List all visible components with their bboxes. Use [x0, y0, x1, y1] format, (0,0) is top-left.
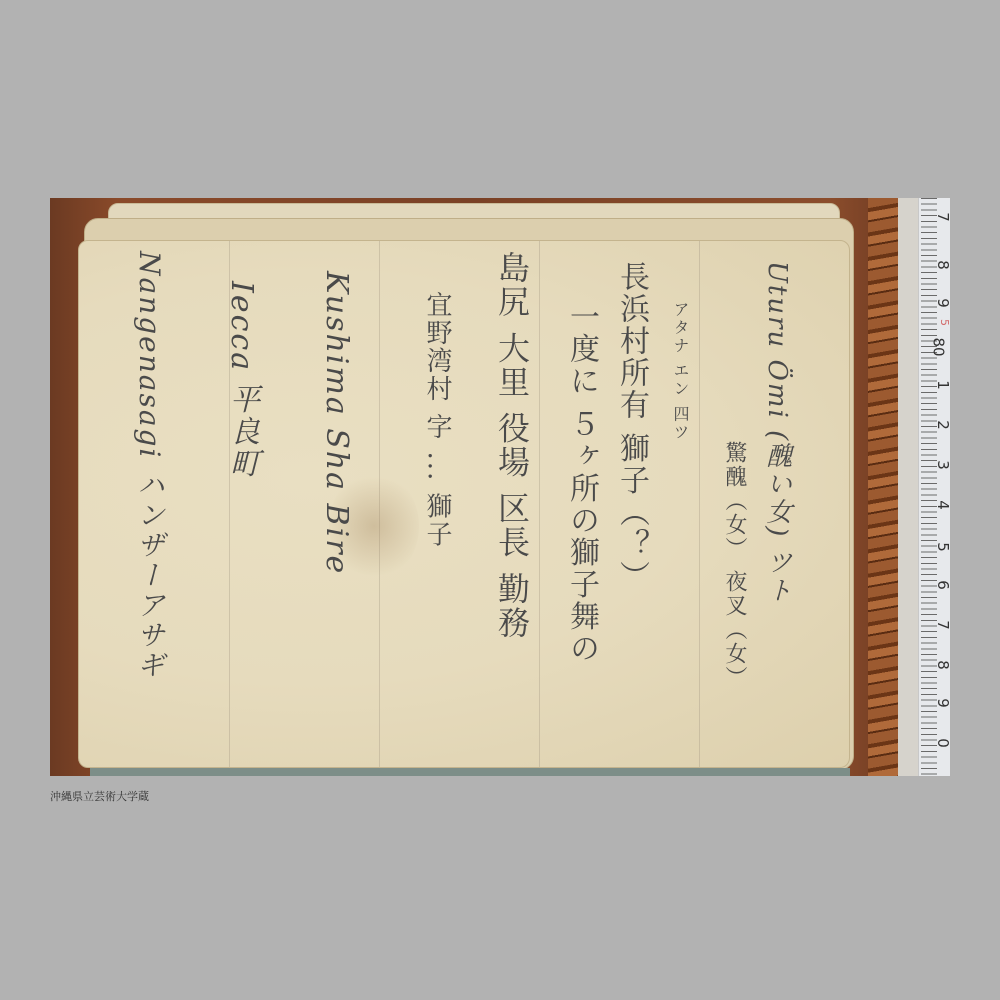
handwriting-kushima: Kushima Sha Bire [319, 271, 354, 575]
handwriting-col4: 一度に ５ヶ所の獅子舞の [559, 301, 603, 665]
ruler-number: 5 [934, 542, 950, 552]
handwriting-col6: 宜野湾村 字 ... 獅子 [419, 291, 456, 549]
ruler-number: 9 [934, 698, 950, 708]
measuring-ruler: 7 8 9 5 80 1 2 3 4 5 6 7 8 9 0 [918, 198, 950, 776]
ruler-number: 8 [934, 260, 950, 270]
leather-lacing [868, 198, 898, 776]
ruler-red-mark: 5 [938, 319, 950, 326]
ruler-number: 9 [934, 298, 950, 308]
handwriting-atana: アタナ エン 四ツ [669, 301, 692, 441]
handwriting-nangenasagi: Nangenasagi ハンザーアサギ [129, 251, 169, 680]
collection-credit-caption: 沖縄県立芸術大学蔵 [50, 788, 149, 804]
photo-backdrop [898, 198, 918, 776]
page-rule-line [539, 241, 540, 767]
ruler-number: 3 [934, 460, 950, 470]
page-rule-line [699, 241, 700, 767]
handwriting-annotation: 驚醜（女） 夜叉（女） [719, 441, 750, 690]
ruler-number: 80 [929, 337, 947, 356]
handwriting-col5: 島尻 大里 役場 区長 勤務 [489, 251, 535, 640]
handwriting-col3: 長浜村所有 獅子（？） [609, 261, 653, 593]
ruler-number: 2 [934, 420, 950, 430]
ruler-number: 6 [934, 580, 950, 590]
handwriting-iecca: Iecca 平良町 [219, 281, 263, 480]
ruler-number: 8 [934, 660, 950, 670]
ruler-number: 0 [934, 738, 950, 748]
notebook-photo: 7 8 9 5 80 1 2 3 4 5 6 7 8 9 0 Uturu Ömi… [50, 198, 950, 776]
ruler-number: 7 [934, 620, 950, 630]
cloth-binding [90, 768, 850, 776]
ruler-number: 4 [934, 500, 950, 510]
ruler-number: 1 [934, 380, 950, 390]
ruler-number: 7 [934, 212, 950, 222]
ruler-ticks [921, 198, 937, 776]
notebook-page: Uturu Ömi (醜い女) ツト 驚醜（女） 夜叉（女） アタナ エン 四ツ… [78, 240, 850, 768]
handwriting-uturu: Uturu Ömi (醜い女) ツト [759, 261, 796, 605]
